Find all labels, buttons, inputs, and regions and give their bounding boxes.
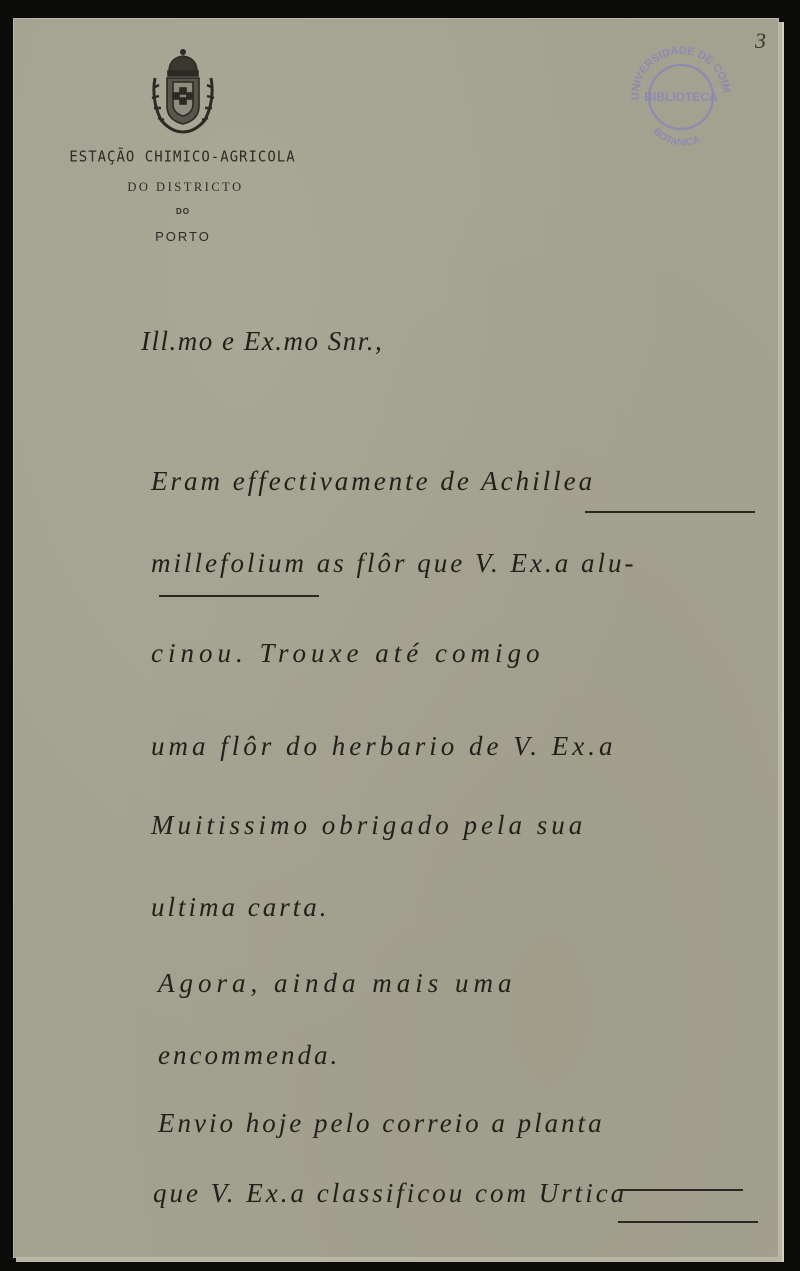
letter-line-4: uma flôr do herbario de V. Ex.a xyxy=(151,731,616,762)
letter-line-8: encommenda. xyxy=(158,1040,340,1071)
letter-line-6: ultima carta. xyxy=(151,892,330,923)
svg-text:BIBLIOTECA: BIBLIOTECA xyxy=(644,90,718,104)
letterhead-city: PORTO xyxy=(143,229,223,244)
underline-urtica xyxy=(618,1221,758,1223)
underline-achillea xyxy=(585,511,755,513)
letterhead-do: DO xyxy=(163,207,203,216)
letter-line-9: Envio hoje pelo correio a planta xyxy=(158,1108,605,1139)
salutation: Ill.mo e Ex.mo Snr., xyxy=(141,326,383,357)
letter-line-1: Eram effectivamente de Achillea xyxy=(151,466,595,497)
letter-page: ESTAÇÃO CHIMICO-AGRICOLA DO DISTRICTO DO… xyxy=(13,18,779,1258)
urtica-overline xyxy=(618,1189,743,1191)
letter-line-2: millefolium as flôr que V. Ex.a alu- xyxy=(151,548,636,579)
letter-line-10: que V. Ex.a classificou com Urtica xyxy=(153,1178,627,1209)
letter-line-3: cinou. Trouxe até comigo xyxy=(151,638,544,669)
library-stamp-icon: UNIVERSIDADE DE COIMBRA BIBLIOTECA BOTAN… xyxy=(625,42,735,152)
letter-line-5: Muitissimo obrigado pela sua xyxy=(151,810,586,841)
folio-number: 3 xyxy=(755,28,766,54)
underline-millefolium xyxy=(159,595,319,597)
letterhead-district: DO DISTRICTO xyxy=(123,180,248,195)
letterhead-institution: ESTAÇÃO CHIMICO-AGRICOLA xyxy=(45,148,320,166)
letter-line-7: Agora, ainda mais uma xyxy=(158,968,517,999)
coat-of-arms-icon xyxy=(147,48,219,136)
